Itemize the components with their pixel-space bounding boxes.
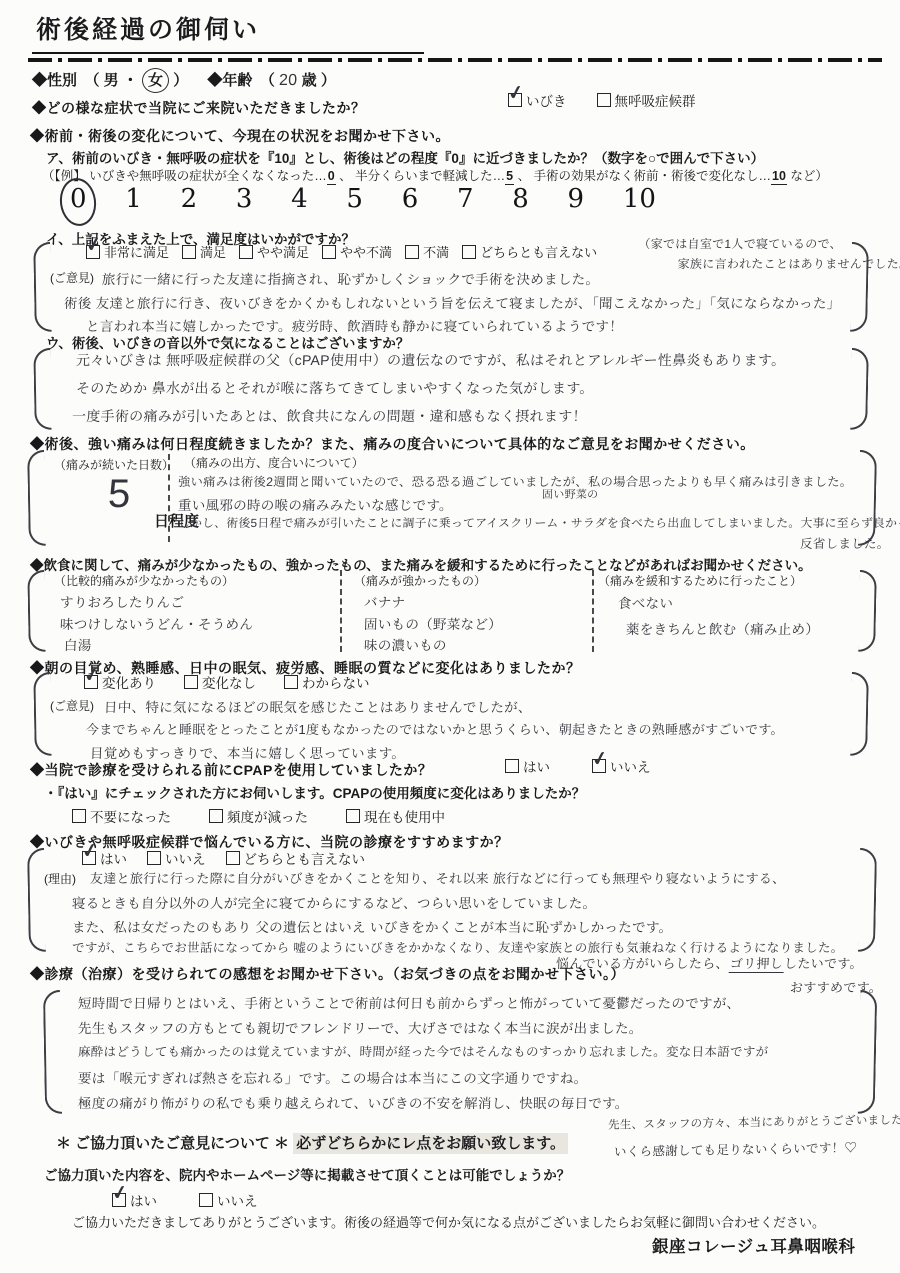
aside-line: （家では自室で1人で寝ているので、 [638,234,900,254]
handwritten-line: 友達と旅行に行った際に自分がいびきをかくことを知り、それ以来 旅行などに行っても… [90,868,786,887]
checkbox-label: 不要になった [90,806,171,826]
checkbox-icon [184,675,198,689]
cpap-question: ◆当院で診療を受けられる前にCPAPを使用していましたか？ [30,760,432,780]
column-divider [592,570,594,652]
checkbox-option-yes[interactable]: はい [505,756,550,776]
example-underlined-10: 10 [771,169,787,185]
checkbox-option-unknown[interactable]: わからない [284,672,370,692]
scale-number-circled[interactable]: 0 [70,184,87,214]
checkbox-option-snoring[interactable]: いびき [508,90,567,110]
checkbox-label: いいえ [217,1190,258,1210]
checkbox-icon [462,245,476,259]
checkbox-option-no-longer-needed[interactable]: 不要になった [72,806,171,826]
checkbox-icon [209,809,223,823]
checkbox-option-somewhat-dissatisfied[interactable]: やや不満 [322,242,392,261]
cpap-options: はい いいえ [505,756,651,776]
checkbox-icon [72,809,86,823]
scale-number[interactable]: 6 [402,184,419,214]
checkbox-icon [199,1193,213,1207]
column-divider [340,570,342,652]
checkbox-option-apnea[interactable]: 無呼吸症候群 [597,90,696,110]
handwritten-aside: （家では自室で1人で寝ているので、 家族に言われたことはありませんでした。） [637,234,900,274]
recommend-answer-block: はい いいえ どちらとも言えない (理由) 友達と旅行に行った際に自分がいびきを… [44,848,858,952]
handwritten-line: 短時間で日帰りとはいえ、手術ということで術前は何日も前からずっと怖がっていて憂鬱… [78,992,741,1012]
age-label: ◆年齢 （ [192,72,275,89]
cpap-followup-options: 不要になった 頻度が減った 現在も使用中 [72,806,445,826]
other-concerns-answer-block: 元々いびきは 無呼吸症候群の父（cPAP使用中）の遺伝なのですが、私はそれとアレ… [50,348,850,430]
publication-options: はい いいえ [112,1190,258,1210]
satisfaction-options: 非常に満足 満足 やや満足 やや不満 不満 どちらとも言えない [86,242,597,261]
scale-number[interactable]: 5 [346,184,363,214]
example-underlined-0: 0 [327,169,336,185]
example-text: など） [787,169,828,183]
scale-number[interactable]: 1 [125,184,142,214]
checkbox-icon [82,851,96,865]
food-col2-label: （痛みが強かったもの） [354,572,486,589]
handwritten-item: 味つけしないうどん・そうめん [60,613,254,633]
handwritten-line: 元々いびきは 無呼吸症候群の父（cPAP使用中）の遺伝なのですが、私はそれとアレ… [76,350,786,370]
symptom-question: ◆どの様な症状で当院にご来院いただきましたか？ [32,98,366,118]
pain-answer-block: （痛みが続いた日数） 5 日程度 （痛みの出方、度合いについて） 強い痛みは術後… [44,450,858,546]
checkbox-label: どちらとも言えない [244,848,366,868]
checkbox-icon [508,93,522,107]
scale-number[interactable]: 9 [568,184,585,214]
handwritten-line: また、私は女だったのもあり 父の遺伝とはいえ いびきをかくことが本当に恥ずかしか… [72,916,673,936]
footer-message: ご協力いただきましてありがとうございます。術後の経過等で何か気になる点がございま… [72,1212,825,1231]
checkbox-icon [505,759,519,773]
scale-number[interactable]: 3 [236,184,253,214]
handwritten-item: バナナ [364,591,406,611]
opinion-label: (ご意見) [50,697,94,714]
handwritten-line: 一度手術の痛みが引いたあとは、飲食共になんの問題・違和感もなく摂れます！ [72,406,588,426]
checkbox-option-neither[interactable]: どちらとも言えない [462,242,597,261]
checkbox-label: 満足 [200,242,226,261]
checkbox-option-satisfied[interactable]: 満足 [182,242,226,261]
checkbox-option-dissatisfied[interactable]: 不満 [405,242,449,261]
checkbox-option-no[interactable]: いいえ [199,1190,258,1210]
column-divider [168,454,170,542]
handwritten-line: 日中、特に気になるほどの眠気を感じたことはありませんでしたが、 [104,696,533,716]
checkbox-label: いびき [526,90,567,110]
checkbox-label: 現在も使用中 [364,806,445,826]
age-unit: 歳 ） [302,72,336,89]
opinion-label: (ご意見) [50,269,94,286]
handwritten-note: 悩んでいる方がいらしたら、ゴリ押ししたいです。 [556,953,864,972]
handwritten-item: 白湯 [64,634,92,654]
aside-line: 家族に言われたことはありませんでした。） [677,254,900,274]
pain-detail-label: （痛みの出方、度合いについて） [184,454,364,471]
checkbox-label: わからない [302,672,370,692]
change-section-heading: ◆術前・術後の変化について、今現在の状況をお聞かせ下さい。 [30,126,450,146]
checkbox-option-yes[interactable]: はい [112,1190,157,1210]
checkbox-icon [86,245,100,259]
checkbox-label: 頻度が減った [227,806,308,826]
handwritten-line: 旅行に一緒に行った友達に指摘され、恥ずかしくショックで手術を決めました。 [102,268,600,288]
reason-label: (理由) [44,870,76,887]
scale-number[interactable]: 4 [291,184,308,214]
checkbox-label: はい [523,756,550,776]
checkbox-label: どちらとも言えない [480,242,597,261]
checkbox-icon [147,851,161,865]
handwritten-line: そのためか 鼻水が出るとそれが喉に落ちてきてしまいやすくなった気がします。 [76,378,594,398]
scale-number[interactable]: 7 [457,184,474,214]
consent-instruction: ＊ ご協力頂いたご意見について ＊ 必ずどちらかにレ点をお願い致します。 [56,1132,568,1153]
checkbox-icon [84,675,98,689]
consent-prefix: ＊ ご協力頂いたご意見について ＊ [56,1135,293,1152]
clinic-name: 銀座コレージュ耳鼻咽喉科 [652,1233,855,1257]
handwritten-line: 術後 友達と旅行に行き、夜いびきをかくかもしれないという旨を伝えて寝ましたが、「… [64,292,841,312]
scale-number[interactable]: 8 [512,184,529,214]
food-answer-block: （比較的痛みが少なかったもの） （痛みが強かったもの） （痛みを緩和するために行… [44,570,858,652]
handwritten-line: 今までちゃんと睡眠をとったことが1度もなかったのではないかと思うくらい、朝起きた… [86,719,785,738]
page-title: 術後経過の御伺い [32,10,424,54]
satisfaction-answer-block: 非常に満足 満足 やや満足 やや不満 不満 どちらとも言えない （家では自室で1… [50,242,850,332]
note-text: 悩んでいる方がいらしたら、 [556,956,729,971]
checkbox-label: 変化なし [202,672,256,692]
checkbox-option-still-using[interactable]: 現在も使用中 [346,806,445,826]
handwritten-line: 重い風邪の時の喉の痛みみたいな感じです。 [178,494,454,514]
sleep-options: 変化あり 変化なし わからない [84,672,370,692]
gender-label: ◆性別 （ 男 ・ [32,72,138,89]
checkbox-label: はい [130,1190,157,1210]
handwritten-annotation: 固い野菜の [542,486,599,502]
food-col1-label: （比較的痛みが少なかったもの） [54,572,234,589]
handwritten-line: 先生もスタッフの方もとても親切でフレンドリーで、大げさではなく本当に涙が出ました… [78,1017,643,1037]
scale-question: ア、術前のいびき・無呼吸の症状を『10』とし、術後はどの程度『0』に近づきました… [46,147,764,167]
checkbox-option-changed[interactable]: 変化あり [84,672,156,692]
checkbox-label: 非常に満足 [104,242,169,261]
checkbox-label: やや満足 [257,242,309,261]
checkbox-label: やや不満 [340,242,392,261]
handwritten-line: 寝るときも自分以外の人が完全に寝てからにするなど、つらい思いをしていました。 [72,892,597,912]
gender-close: ） [173,72,188,89]
example-underlined-5: 5 [505,169,514,185]
scale-example-line: （【例】 いびきや無呼吸の症状が全くなくなった…0 、 半分くらいまで軽減した…… [42,166,828,184]
dashed-divider [28,58,882,62]
pain-days-value-handwritten: 5 [107,472,131,517]
sleep-answer-block: 変化あり 変化なし わからない (ご意見) 日中、特に気になるほどの眠気を感じた… [50,672,850,756]
handwritten-line: 極度の痛がり怖がりの私でも乗り越えられて、いびきの不安を解消し、快眠の毎日です。 [78,1092,629,1112]
handwritten-overflow-note: 反省しました。 [800,534,890,552]
handwritten-item: 味の濃いもの [364,634,448,654]
rating-scale: 0 1 2 3 4 5 6 7 8 9 10 [70,184,656,214]
example-text: 、 手術の効果がなく術前・術後で変化なし… [514,169,771,183]
handwritten-line: 麻酔はどうしても痛かったのは覚えていますが、時間が経った今ではそんなものすっかり… [78,1042,769,1060]
food-col3-label: （痛みを緩和するために行ったこと） [598,572,802,589]
checkbox-icon [597,93,611,107]
checkbox-option-frequency-decreased[interactable]: 頻度が減った [209,806,308,826]
age-value-handwritten: 20 [279,72,298,90]
checkbox-icon [226,851,240,865]
handwritten-item: すりおろしたりんご [60,591,185,611]
checkbox-option-no[interactable]: いいえ [147,848,206,868]
cpap-followup-question: ・『はい』にチェックされた方にお伺いします。CPAPの使用頻度に変化はありました… [44,782,585,802]
profile-row: ◆性別 （ 男 ・ 女 ） ◆年齢 （ 20 歳 ） [32,68,336,93]
note-underlined: ゴリ押し [729,956,785,973]
example-text: 、 半分くらいまで軽減した… [336,169,505,183]
checkbox-icon [405,245,419,259]
checkbox-icon [592,759,606,773]
symptom-options: いびき 無呼吸症候群 [508,90,696,110]
checkbox-icon [346,809,360,823]
scale-number[interactable]: 2 [181,184,198,214]
consent-bold-highlight: 必ずどちらかにレ点をお願い致します。 [293,1133,568,1154]
handwritten-line: 要は「喉元すぎれば熱さを忘れる」です。この場合は本当にこの文字通りですね。 [78,1067,588,1087]
scale-number[interactable]: 10 [623,184,656,214]
recommend-options: はい いいえ どちらとも言えない [82,848,365,868]
checkbox-icon [322,245,336,259]
handwritten-line: 強い痛みは術後2週間と聞いていたので、恐る恐る過ごしていましたが、私の場合思った… [178,472,853,490]
checkbox-label: はい [100,848,127,868]
handwritten-item: 固いもの（野菜など） [364,613,503,633]
checkbox-option-no-change[interactable]: 変化なし [184,672,256,692]
handwritten-thanks: いくら感謝しても足りないくらいです！♡ [614,1138,857,1160]
scanned-questionnaire: 術後経過の御伺い ◆性別 （ 男 ・ 女 ） ◆年齢 （ 20 歳 ） ◆どの様… [0,0,900,1273]
note-text: したいです。 [784,956,863,971]
checkbox-icon [284,675,298,689]
handwritten-line: しかし、術後5日程で痛みが引いたことに調子に乗ってアイスクリーム・サラダを食べた… [178,514,900,531]
checkbox-option-very-satisfied[interactable]: 非常に満足 [86,242,169,261]
handwritten-item: 薬をきちんと飲む（痛み止め） [626,618,820,638]
checkbox-label: 不満 [423,242,449,261]
checkbox-option-no[interactable]: いいえ [592,756,651,776]
impressions-question: ◆診療（治療）を受けられての感想をお聞かせ下さい。（お気づきの点をお聞かせ下さい… [30,964,625,984]
checkbox-label: いいえ [165,848,206,868]
checkbox-label: 無呼吸症候群 [615,90,696,110]
gender-circled-female: 女 [142,68,169,93]
handwritten-item: 食べない [618,592,674,612]
checkbox-icon [112,1193,126,1207]
handwritten-line: 目覚めもすっきりで、本当に嬉しく思っています。 [90,742,406,762]
checkbox-label: 変化あり [102,672,156,692]
checkbox-icon [182,245,196,259]
checkbox-icon [239,245,253,259]
checkbox-option-yes[interactable]: はい [82,848,127,868]
checkbox-label: いいえ [610,756,651,776]
checkbox-option-neither[interactable]: どちらとも言えない [226,848,366,868]
pain-days-label: （痛みが続いた日数） [54,456,174,473]
checkbox-option-somewhat-satisfied[interactable]: やや満足 [239,242,309,261]
handwritten-thanks: 先生、スタッフの方々、本当にありがとうございました。 [608,1111,900,1132]
impressions-answer-block: 短時間で日帰りとはいえ、手術ということで術前は何日も前からずっと怖がっていて憂鬱… [60,990,858,1114]
